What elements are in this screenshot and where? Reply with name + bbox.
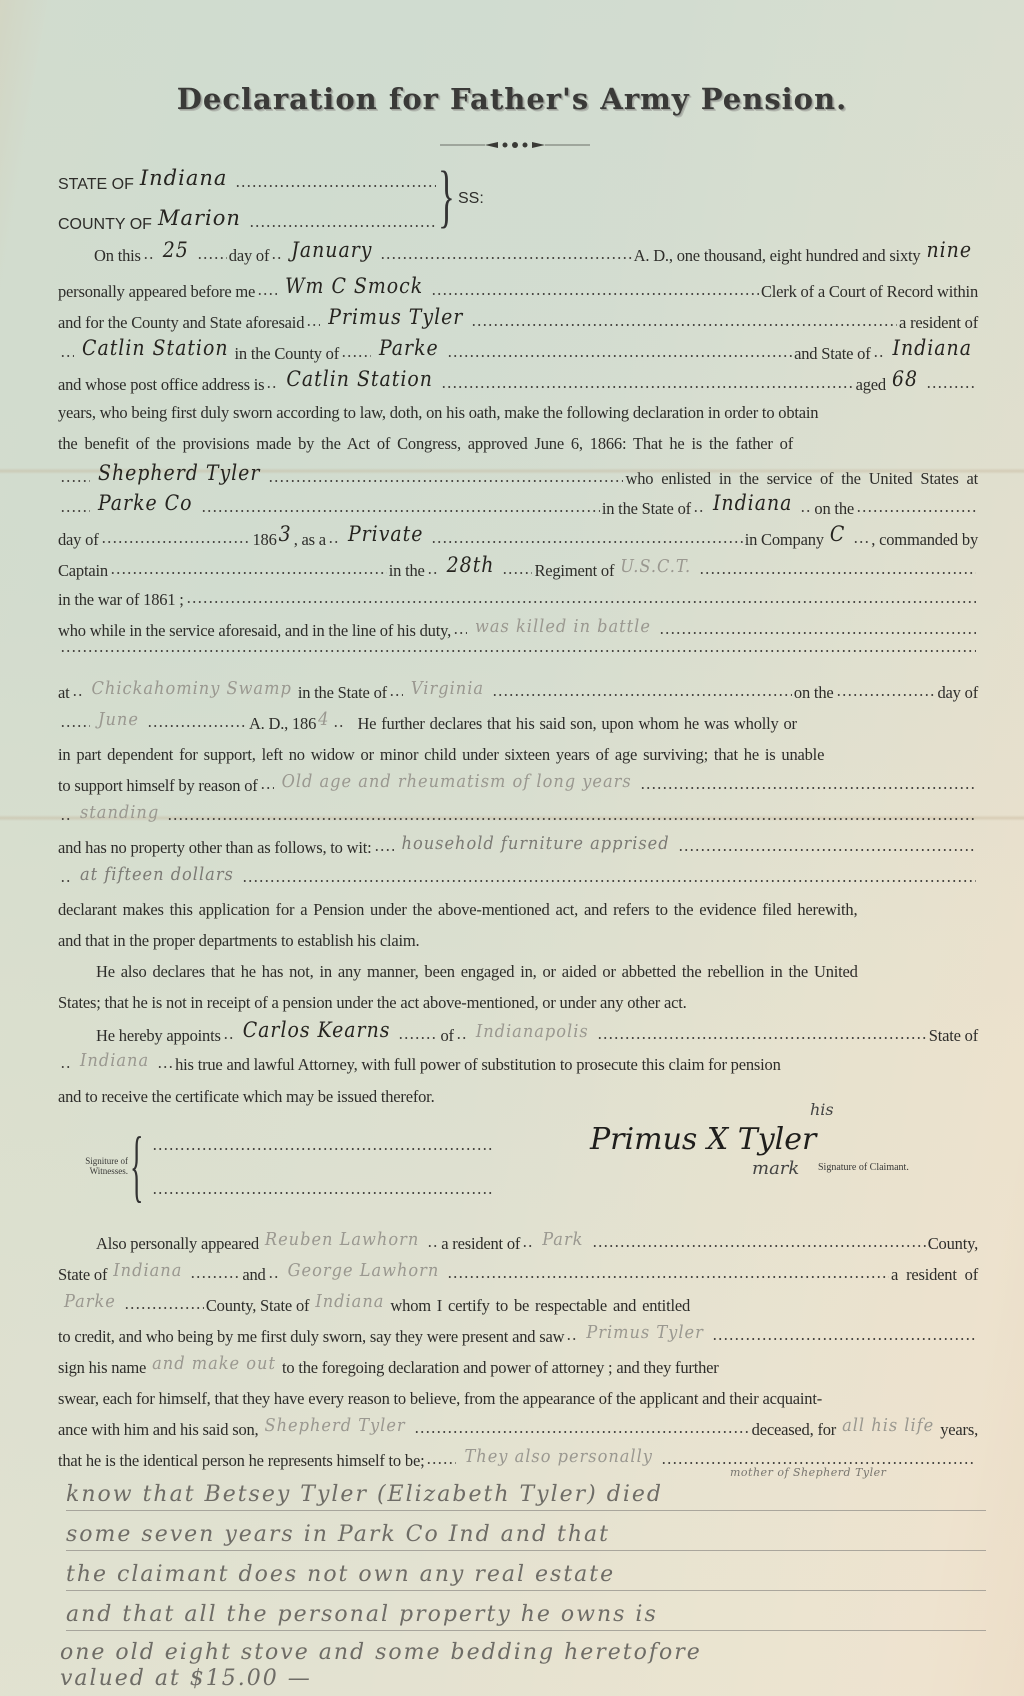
mark-field[interactable]: and make out	[146, 1354, 282, 1374]
text: who enlisted in the service of the Unite…	[625, 469, 978, 489]
witness-2-state-field[interactable]: Indiana	[309, 1292, 390, 1312]
text: in the State of	[298, 683, 387, 703]
ruled-line	[66, 1590, 986, 1591]
handwritten-line: know that Betsey Tyler (Elizabeth Tyler)…	[66, 1482, 663, 1507]
text: of	[440, 1026, 453, 1046]
handwritten-insert: mother of Shepherd Tyler	[730, 1466, 886, 1479]
witness-2-name-field[interactable]: George Lawhorn	[282, 1261, 446, 1281]
text: Witnesses.	[62, 1166, 128, 1176]
day-field[interactable]: 25	[157, 240, 195, 260]
acquaintance-duration-field[interactable]: all his life	[836, 1416, 940, 1436]
witness-2-signature-line[interactable]	[152, 1192, 492, 1194]
text: day of	[229, 246, 270, 266]
death-year-field[interactable]: 4	[316, 710, 331, 730]
ornament-divider-icon	[440, 140, 590, 150]
text: Clerk of a Court of Record within	[761, 282, 978, 302]
state-label: STATE OF	[58, 175, 134, 195]
text: He further declares that his said son, u…	[357, 714, 796, 734]
company-field[interactable]: C	[824, 524, 851, 544]
handwritten-line: and that all the personal property he ow…	[66, 1602, 658, 1627]
post-office-field[interactable]: Catlin Station	[280, 369, 439, 389]
decl-line-17: in part dependent for support, left no w…	[58, 745, 978, 765]
decl-line-28: and to receive the certificate which may…	[58, 1087, 978, 1107]
text: that he is the identical person he repre…	[58, 1451, 424, 1471]
witness-line-3: Parke County, State of Indiana whom I ce…	[58, 1296, 978, 1316]
county-field[interactable]: Marion	[152, 208, 247, 228]
text: deceased, for	[752, 1420, 836, 1440]
ruled-line	[66, 1510, 986, 1511]
enlist-state-field[interactable]: Indiana	[707, 493, 798, 513]
text: a resident of	[441, 1234, 520, 1254]
attorney-field[interactable]: Carlos Kearns	[237, 1020, 397, 1040]
text: a resident of	[891, 1265, 978, 1285]
text: ance with him and his said son,	[58, 1420, 258, 1440]
claimant-his: his	[810, 1100, 834, 1119]
death-cause-field[interactable]: was killed in battle	[469, 617, 657, 637]
text: declarant makes this application for a P…	[58, 900, 857, 920]
text: in the	[389, 561, 425, 581]
county-label: COUNTY OF	[58, 215, 152, 235]
text: years,	[940, 1420, 978, 1440]
age-field[interactable]: 68	[886, 369, 924, 389]
dotted-line	[235, 185, 436, 187]
witness-line-6: swear, each for himself, that they have …	[58, 1389, 978, 1409]
decl-line-21: at fifteen dollars	[58, 869, 978, 889]
residence-state-field[interactable]: Indiana	[887, 338, 978, 358]
text: to the foregoing declaration and power o…	[282, 1358, 719, 1378]
text: and to receive the certificate which may…	[58, 1087, 435, 1107]
page-title: Declaration for Father's Army Pension.	[0, 82, 1024, 116]
text: , as a	[294, 530, 326, 550]
ss-label: SS:	[458, 190, 484, 208]
text: and	[242, 1265, 265, 1285]
text: , commanded by	[871, 530, 978, 550]
text: and whose post office address is	[58, 375, 264, 395]
decl-line-7: the benefit of the provisions made by th…	[58, 434, 978, 454]
witness-line-4: to credit, and who being by me first dul…	[58, 1327, 978, 1347]
decl-line-8: Shepherd Tyler who enlisted in the servi…	[58, 467, 978, 489]
text: He also declares that he has not, in any…	[96, 962, 858, 982]
handwritten-line: valued at $15.00 —	[60, 1666, 312, 1691]
text: A. D., one thousand, eight hundred and s…	[634, 246, 921, 266]
disability-reason-field[interactable]: Old age and rheumatism of long years	[276, 772, 638, 792]
decl-line-1: On this 25 day of January A. D., one tho…	[94, 244, 978, 266]
text: on the	[794, 683, 834, 703]
death-month-field[interactable]: June	[92, 710, 145, 730]
text: personally appeared before me	[58, 282, 255, 302]
decl-line-14	[58, 652, 978, 654]
text: and State of	[794, 344, 870, 364]
text: and has no property other than as follow…	[58, 838, 372, 858]
text: a resident of	[899, 313, 978, 333]
decl-line-9: Parke Co in the State of Indiana on the	[58, 497, 978, 519]
residence-county-field[interactable]: Parke	[373, 338, 445, 358]
decl-line-26: He hereby appoints Carlos Kearns of Indi…	[96, 1024, 978, 1046]
text: who while in the service aforesaid, and …	[58, 621, 451, 641]
decl-line-2: personally appeared before me Wm C Smock…	[58, 280, 978, 302]
text: sign his name	[58, 1358, 146, 1378]
witness-line-2: State of Indiana and George Lawhorn a re…	[58, 1265, 978, 1285]
witness-line-5: sign his name and make out to the forego…	[58, 1358, 978, 1378]
decl-line-4: Catlin Station in the County of Parke an…	[58, 342, 978, 364]
ruled-line	[66, 1630, 986, 1631]
text: 186	[253, 530, 277, 550]
handwritten-line: some seven years in Park Co Ind and that	[66, 1522, 610, 1547]
witnessed-son-field[interactable]: Shepherd Tyler	[258, 1416, 411, 1436]
witnessed-claimant-field[interactable]: Primus Tyler	[580, 1323, 710, 1343]
rank-field[interactable]: Private	[342, 524, 430, 544]
decl-line-27: Indiana his true and lawful Attorney, wi…	[58, 1055, 978, 1075]
decl-line-11: Captain in the 28th Regiment of U.S.C.T.	[58, 559, 978, 581]
text: States; that he is not in receipt of a p…	[58, 993, 687, 1013]
death-state-field[interactable]: Virginia	[405, 679, 490, 699]
claimant-signature-label: Signature of Claimant.	[818, 1162, 909, 1173]
witness-line-7: ance with him and his said son, Shepherd…	[58, 1420, 978, 1440]
property-field[interactable]: household furniture apprised	[396, 834, 676, 854]
text: day of	[58, 530, 99, 550]
text: Signiture of	[62, 1156, 128, 1166]
text: A. D., 186	[249, 714, 316, 734]
text: swear, each for himself, that they have …	[58, 1389, 822, 1409]
witness-signature-label: Signiture of Witnesses.	[62, 1156, 128, 1176]
text: to credit, and who being by me first dul…	[58, 1327, 564, 1347]
decl-line-6: years, who being first duly sworn accord…	[58, 403, 978, 423]
witness-2-county-field[interactable]: Parke	[58, 1292, 122, 1312]
text: aged	[856, 375, 886, 395]
clerk-field[interactable]: Wm C Smock	[279, 276, 429, 296]
state-field[interactable]: Indiana	[134, 168, 234, 188]
month-field[interactable]: January	[285, 240, 378, 260]
text: in the war of 1861 ;	[58, 590, 184, 610]
text: County,	[928, 1234, 978, 1254]
text: On this	[94, 246, 141, 266]
decl-line-19: standing	[58, 807, 978, 827]
witness-1-signature-line[interactable]	[152, 1148, 492, 1150]
property-cont-field[interactable]: at fifteen dollars	[74, 865, 240, 885]
ruled-line	[66, 1550, 986, 1551]
decl-line-22: declarant makes this application for a P…	[58, 900, 978, 920]
decl-line-23: and that in the proper departments to es…	[58, 931, 978, 951]
attorney-state-field[interactable]: Indiana	[74, 1051, 155, 1071]
text: in the State of	[602, 499, 691, 519]
text: at	[58, 683, 70, 703]
text: Regiment of	[534, 561, 614, 581]
text: Also personally appeared	[96, 1234, 259, 1254]
enlist-place-field[interactable]: Parke Co	[92, 493, 199, 513]
text: State of	[929, 1026, 978, 1046]
text: the benefit of the provisions made by th…	[58, 434, 793, 454]
text: in Company	[745, 530, 824, 550]
claimant-mark: mark	[752, 1158, 799, 1179]
decl-line-24: He also declares that he has not, in any…	[96, 962, 978, 982]
witness-line-1: Also personally appeared Reuben Lawhorn …	[96, 1234, 978, 1254]
brace: }	[438, 162, 455, 232]
text: whom I certify to be respectable and ent…	[390, 1296, 690, 1316]
decl-line-3: and for the County and State aforesaid P…	[58, 311, 978, 333]
witness-1-county-field[interactable]: Park	[536, 1230, 589, 1250]
handwritten-line: the claimant does not own any real estat…	[66, 1562, 615, 1587]
enlist-year-field[interactable]: 3	[277, 524, 294, 544]
text: in part dependent for support, left no w…	[58, 745, 824, 765]
text: in the County of	[235, 344, 340, 364]
state-of-row: STATE OF Indiana	[58, 172, 438, 195]
text: on the	[814, 499, 854, 519]
additional-statement-field[interactable]: They also personally	[458, 1447, 658, 1467]
regiment-unit-field[interactable]: U.S.C.T.	[614, 557, 697, 577]
county-of-row: COUNTY OF Marion	[58, 212, 438, 235]
decl-line-16: June A. D., 186 4 He further declares th…	[58, 714, 978, 734]
decl-line-15: at Chickahominy Swamp in the State of Vi…	[58, 683, 978, 703]
text: day of	[938, 683, 979, 703]
brace: {	[130, 1126, 143, 1206]
decl-line-18: to support himself by reason of Old age …	[58, 776, 978, 796]
decl-line-25: States; that he is not in receipt of a p…	[58, 993, 978, 1013]
attorney-city-field[interactable]: Indianapolis	[470, 1022, 595, 1042]
decl-line-5: and whose post office address is Catlin …	[58, 373, 978, 395]
decl-line-20: and has no property other than as follow…	[58, 838, 978, 858]
text: and for the County and State aforesaid	[58, 313, 304, 333]
witness-1-state-field[interactable]: Indiana	[107, 1261, 188, 1281]
text: and that in the proper departments to es…	[58, 931, 419, 951]
text: State of	[58, 1265, 107, 1285]
text: He hereby appoints	[96, 1026, 221, 1046]
son-name-field[interactable]: Shepherd Tyler	[92, 463, 266, 483]
decl-line-13: who while in the service aforesaid, and …	[58, 621, 978, 641]
disability-reason-cont-field[interactable]: standing	[74, 803, 165, 823]
decl-line-10: day of 186 3 , as a Private in Company C…	[58, 528, 978, 550]
claimant-field[interactable]: Primus Tyler	[322, 307, 469, 327]
death-place-field[interactable]: Chickahominy Swamp	[86, 679, 298, 699]
text: to support himself by reason of	[58, 776, 258, 796]
witness-1-name-field[interactable]: Reuben Lawhorn	[259, 1230, 425, 1250]
decl-line-12: in the war of 1861 ;	[58, 590, 978, 610]
year-field[interactable]: nine	[920, 240, 978, 260]
claimant-signature: Primus X Tyler	[590, 1122, 816, 1157]
dotted-line	[249, 225, 436, 227]
regiment-number-field[interactable]: 28th	[441, 555, 501, 575]
text: his true and lawful Attorney, with full …	[175, 1055, 781, 1075]
text: County, State of	[206, 1296, 309, 1316]
text: Captain	[58, 561, 108, 581]
text: years, who being first duly sworn accord…	[58, 403, 818, 423]
handwritten-line: one old eight stove and some bedding her…	[60, 1640, 702, 1665]
residence-field[interactable]: Catlin Station	[76, 338, 235, 358]
